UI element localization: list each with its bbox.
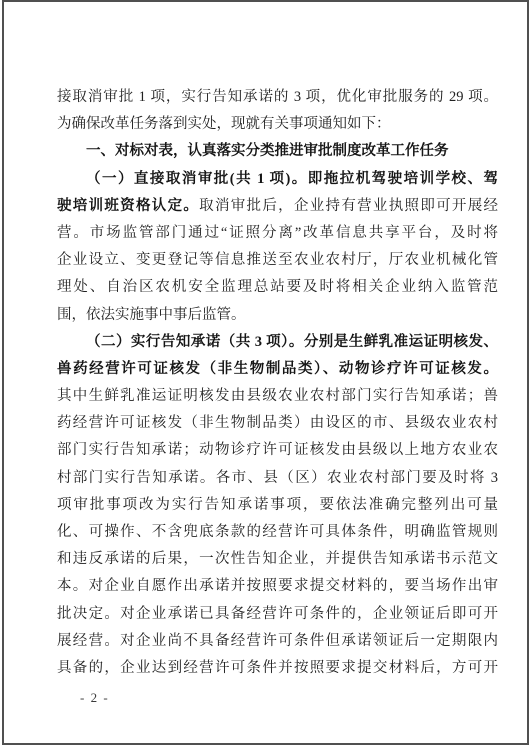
text-line: 兽药经营许可证核发（非生物制品类）、动物诊疗许可证核发。 <box>57 356 498 383</box>
text-segment: 本。对企业自愿作出承诺并按照要求提交材料的，要当场作出审 <box>57 578 498 594</box>
text-line: 营。市场监管部门通过“证照分离”改革信息共享平台，及时将 <box>57 220 498 247</box>
text-segment: 和违反承诺的后果，一次性告知企业，并提供告知承诺书示范文 <box>57 551 498 567</box>
text-segment: 药经营许可证核发（非生物制品类）由设区的市、县级农业农村 <box>57 415 498 431</box>
bold-text-segment: 一、对标对表，认真落实分类推进审批制度改革工作任务 <box>86 143 449 159</box>
page-number: - 2 - <box>80 690 109 706</box>
text-segment: 其中生鲜乳准运证明核发由县级农业农村部门实行告知承诺；兽 <box>57 388 498 404</box>
text-segment: 营。市场监管部门通过“证照分离”改革信息共享平台，及时将 <box>57 225 498 241</box>
text-line: 其中生鲜乳准运证明核发由县级农业农村部门实行告知承诺；兽 <box>57 383 498 410</box>
text-segment: 围，依法实施事中事后监管。 <box>57 307 246 323</box>
text-line: 企业设立、变更登记等信息推送至农业农村厅，厅农业机械化管 <box>57 247 498 274</box>
text-segment: 企业设立、变更登记等信息推送至农业农村厅，厅农业机械化管 <box>57 252 498 268</box>
text-line: 理处、自治区农机安全监理总站要及时将相关企业纳入监管范 <box>57 274 498 301</box>
text-segment: 部门实行告知承诺；动物诊疗许可证核发由县级以上地方农业农 <box>57 442 498 458</box>
text-line: 为确保改革任务落到实处，现就有关事项通知如下： <box>57 111 498 138</box>
text-line: 部门实行告知承诺；动物诊疗许可证核发由县级以上地方农业农 <box>57 437 498 464</box>
text-line: 驶培训班资格认定。取消审批后，企业持有营业执照即可开展经 <box>57 193 498 220</box>
text-segment: 村部门实行告知承诺。各市、县（区）农业农村部门要及时将 3 <box>57 470 498 486</box>
text-line: 村部门实行告知承诺。各市、县（区）农业农村部门要及时将 3 <box>57 465 498 492</box>
text-line: 化、可操作、不含兜底条款的经营许可具体条件，明确监管规则 <box>57 519 498 546</box>
text-line: 药经营许可证核发（非生物制品类）由设区的市、县级农业农村 <box>57 410 498 437</box>
text-segment: 化、可操作、不含兜底条款的经营许可具体条件，明确监管规则 <box>57 524 498 540</box>
text-segment: 取消审批后，企业持有营业执照即可开展经 <box>199 198 498 214</box>
bold-text-segment: 驶培训班资格认定。 <box>57 198 199 214</box>
text-segment: 为确保改革任务落到实处，现就有关事项通知如下： <box>57 116 391 132</box>
text-line: 接取消审批 1 项，实行告知承诺的 3 项，优化审批服务的 29 项。 <box>57 84 498 111</box>
text-segment: 接取消审批 1 项，实行告知承诺的 3 项，优化审批服务的 29 项。 <box>57 89 498 105</box>
text-line: 围，依法实施事中事后监管。 <box>57 302 498 329</box>
text-segment: 展经营。对企业尚不具备经营许可条件但承诺领证后一定期限内 <box>57 633 498 649</box>
text-segment: 批决定。对企业承诺已具备经营许可条件的，企业领证后即可开 <box>57 606 498 622</box>
bold-text-segment: 兽药经营许可证核发（非生物制品类）、动物诊疗许可证核发。 <box>57 361 498 377</box>
bold-text-segment: （一）直接取消审批(共 1 项)。即拖拉机驾驶培训学校、驾 <box>86 171 498 187</box>
text-line: 批决定。对企业承诺已具备经营许可条件的，企业领证后即可开 <box>57 601 498 628</box>
document-body-text: 接取消审批 1 项，实行告知承诺的 3 项，优化审批服务的 29 项。为确保改革… <box>57 84 498 682</box>
text-segment: 项审批事项改为实行告知承诺事项，要依法准确完整列出可量 <box>57 497 498 513</box>
text-segment: 理处、自治区农机安全监理总站要及时将相关企业纳入监管范 <box>57 279 498 295</box>
text-line: 具备的，企业达到经营许可条件并按照要求提交材料后，方可开 <box>57 655 498 682</box>
bold-text-segment: （二）实行告知承诺（共 3 项）。分别是生鲜乳准运证明核发、 <box>86 334 498 350</box>
text-line: （二）实行告知承诺（共 3 项）。分别是生鲜乳准运证明核发、 <box>57 329 498 356</box>
text-segment: 具备的，企业达到经营许可条件并按照要求提交材料后，方可开 <box>57 660 498 676</box>
text-line: 展经营。对企业尚不具备经营许可条件但承诺领证后一定期限内 <box>57 628 498 655</box>
text-line: 项审批事项改为实行告知承诺事项，要依法准确完整列出可量 <box>57 492 498 519</box>
text-line: （一）直接取消审批(共 1 项)。即拖拉机驾驶培训学校、驾 <box>57 166 498 193</box>
text-line: 本。对企业自愿作出承诺并按照要求提交材料的，要当场作出审 <box>57 573 498 600</box>
text-line: 和违反承诺的后果，一次性告知企业，并提供告知承诺书示范文 <box>57 546 498 573</box>
text-line: 一、对标对表，认真落实分类推进审批制度改革工作任务 <box>57 138 498 165</box>
